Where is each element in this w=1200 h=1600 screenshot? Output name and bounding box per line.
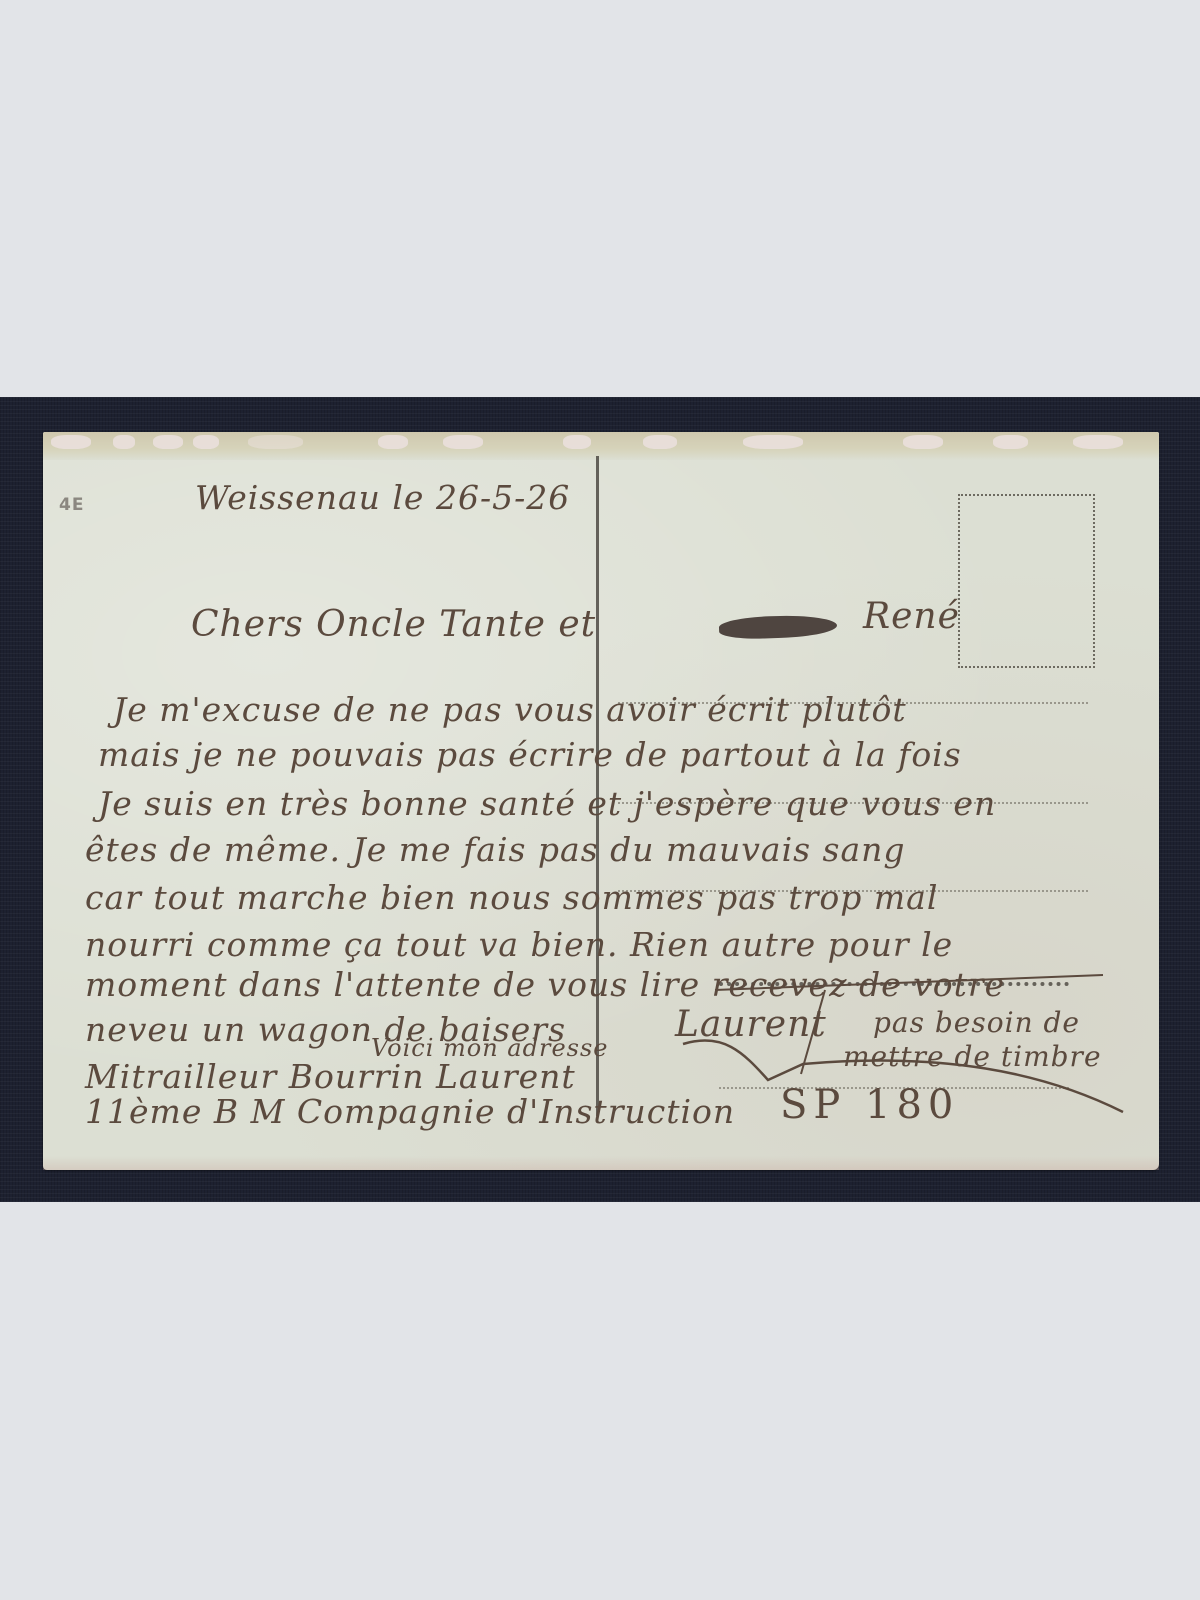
ink-flourishes [43,432,1159,1170]
postcard: 4E Weissenau le 26-5-26 Chers Oncle Tant… [43,432,1159,1170]
